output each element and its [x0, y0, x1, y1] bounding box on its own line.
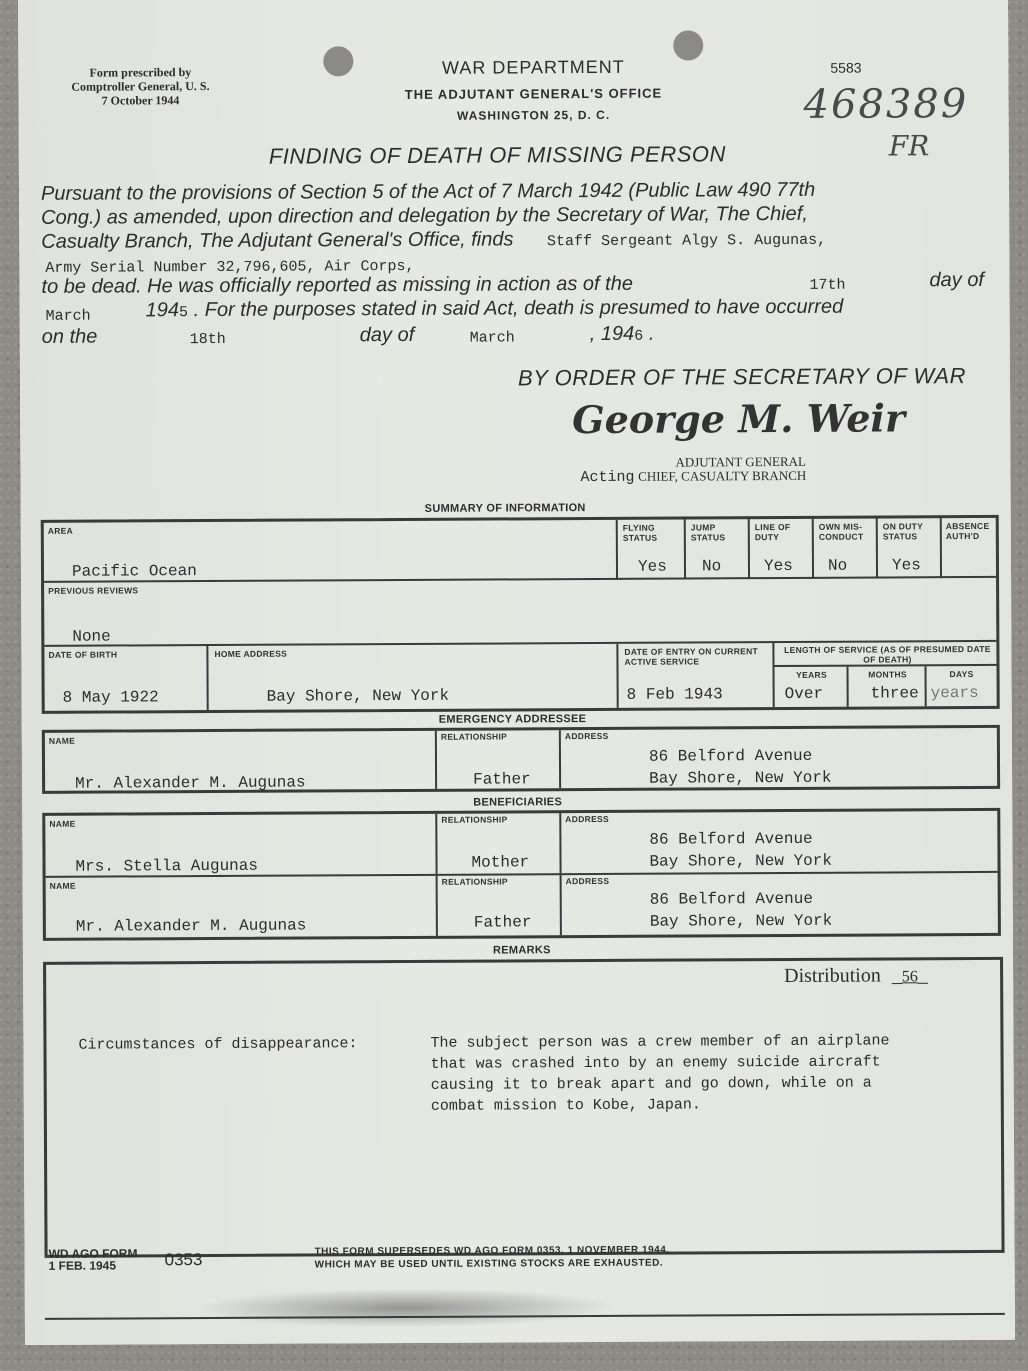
months-cell: MONTHS three: [849, 666, 927, 706]
beneficiary-address-line-2: Bay Shore, New York: [650, 912, 833, 931]
years-label: YEARS: [775, 670, 849, 680]
death-year-digit: 6: [634, 328, 643, 345]
circumstances-line: combat mission to Kobe, Japan.: [431, 1096, 701, 1114]
body-line-3: Casualty Branch, The Adjutant General's …: [41, 226, 1001, 254]
prescribed-line-3: 7 October 1944: [40, 93, 240, 108]
jump-status-value: No: [702, 557, 721, 575]
misconduct-label: OWN MIS-CONDUCT: [819, 522, 874, 542]
flying-status-cell: FLYING STATUS Yes: [618, 520, 686, 580]
entry-date-label: DATE OF ENTRY ON CURRENT ACTIVE SERVICE: [624, 646, 774, 667]
emergency-box: NAME Mr. Alexander M. Augunas RELATIONSH…: [42, 725, 1000, 794]
document-number: 5583: [830, 60, 861, 76]
distribution-value: 56: [902, 968, 918, 985]
years-value: Over: [785, 685, 824, 703]
on-duty-status-value: Yes: [892, 556, 921, 574]
body-line-6-text: . For the purposes stated in said Act, d…: [194, 296, 844, 321]
days-value: years: [931, 684, 979, 702]
acting-word: Acting: [580, 469, 634, 486]
beneficiary-relationship-label: RELATIONSHIP: [442, 876, 508, 886]
emergency-address-cell: ADDRESS 86 Belford Avenue Bay Shore, New…: [561, 728, 997, 788]
length-of-service-label: LENGTH OF SERVICE (AS OF PRESUMED DATE O…: [782, 644, 992, 665]
dob-label: DATE OF BIRTH: [48, 649, 117, 659]
death-year: , 1946 .: [590, 323, 655, 346]
form-id-line-2: 1 FEB. 1945: [49, 1259, 138, 1271]
entry-date-value: 8 Feb 1943: [627, 685, 723, 704]
home-address-value: Bay Shore, New York: [267, 687, 450, 706]
beneficiary-row: NAME Mr. Alexander M. Augunas RELATIONSH…: [46, 873, 998, 938]
absence-authd-cell: ABSENCE AUTH'D: [942, 518, 996, 578]
day-of-label: day of: [929, 269, 984, 292]
emergency-address-line-1: 86 Belford Avenue: [649, 747, 812, 766]
jump-status-cell: JUMP STATUS No: [686, 519, 750, 579]
beneficiary-relationship-cell: RELATIONSHIP Father: [438, 875, 562, 936]
emergency-title: EMERGENCY ADDRESSEE: [439, 713, 587, 726]
on-duty-status-cell: ON DUTY STATUS Yes: [878, 518, 942, 578]
emergency-relationship-cell: RELATIONSHIP Father: [437, 730, 561, 789]
emergency-relationship-label: RELATIONSHIP: [441, 731, 507, 741]
missing-year-digit: 5: [179, 304, 188, 321]
beneficiary-address-cell: ADDRESS 86 Belford Avenue Bay Shore, New…: [562, 873, 998, 935]
person-name: Staff Sergeant Algy S. Augunas,: [547, 232, 826, 250]
emergency-name-cell: NAME Mr. Alexander M. Augunas: [45, 731, 437, 791]
emergency-name-value: Mr. Alexander M. Augunas: [75, 774, 306, 793]
circumstances-line: The subject person was a crew member of …: [430, 1032, 889, 1051]
beneficiary-name-value: Mr. Alexander M. Augunas: [76, 917, 307, 936]
office-address: WASHINGTON 25, D. C.: [349, 107, 719, 123]
circumstances-line: that was crashed into by an enemy suicid…: [431, 1053, 881, 1072]
length-of-service-header: LENGTH OF SERVICE (AS OF PRESUMED DATE O…: [774, 642, 996, 667]
handwritten-initials: FR: [889, 129, 930, 162]
beneficiary-name-label: NAME: [50, 881, 76, 891]
office-heading: THE ADJUTANT GENERAL'S OFFICE: [348, 85, 718, 102]
body-line-5: to be dead. He was officially reported a…: [41, 271, 1001, 299]
summary-box: AREA Pacific Ocean FLYING STATUS Yes JUM…: [41, 515, 1000, 714]
death-day: 18th: [190, 331, 226, 348]
dob-cell: DATE OF BIRTH 8 May 1922: [44, 646, 208, 711]
misconduct-value: No: [828, 557, 847, 575]
previous-reviews-cell: PREVIOUS REVIEWS None: [44, 578, 996, 647]
line-of-duty-label: LINE OF DUTY: [755, 522, 805, 542]
line-of-duty-cell: LINE OF DUTY Yes: [750, 519, 814, 579]
remarks-box: Distribution _56_ Circumstances of disap…: [43, 957, 1005, 1258]
beneficiary-name-cell: NAME Mr. Alexander M. Augunas: [46, 876, 438, 938]
missing-month: March: [46, 308, 91, 325]
beneficiary-name-value: Mrs. Stella Augunas: [75, 857, 258, 876]
beneficiary-name-cell: NAME Mrs. Stella Augunas: [45, 814, 437, 876]
area-label: AREA: [48, 526, 73, 536]
flying-status-value: Yes: [638, 558, 667, 576]
home-address-cell: HOME ADDRESS Bay Shore, New York: [208, 644, 618, 710]
months-value: three: [871, 684, 919, 702]
beneficiary-name-label: NAME: [49, 819, 75, 829]
beneficiary-relationship-value: Father: [474, 913, 532, 931]
beneficiary-address-label: ADDRESS: [566, 876, 610, 886]
emergency-address-label: ADDRESS: [565, 731, 609, 741]
circumstances-label: Circumstances of disappearance:: [78, 1035, 357, 1053]
death-day-of-label: day of: [360, 324, 415, 347]
signature: George M. Weir: [572, 395, 905, 442]
beneficiary-address-cell: ADDRESS 86 Belford Avenue Bay Shore, New…: [561, 811, 997, 873]
emergency-address-line-2: Bay Shore, New York: [649, 769, 832, 788]
death-year-prefix: , 194: [590, 323, 635, 345]
beneficiary-address-line-2: Bay Shore, New York: [649, 852, 832, 871]
beneficiary-relationship-cell: RELATIONSHIP Mother: [437, 813, 561, 874]
area-cell: AREA Pacific Ocean: [44, 520, 618, 583]
circumstances-line: causing it to break apart and go down, w…: [431, 1075, 872, 1094]
document-title: FINDING OF DEATH OF MISSING PERSON: [269, 141, 726, 169]
on-duty-status-label: ON DUTY STATUS: [883, 521, 933, 541]
days-label: DAYS: [927, 669, 997, 679]
distribution: Distribution _56_: [784, 964, 928, 988]
home-address-label: HOME ADDRESS: [214, 649, 287, 659]
absence-authd-label: ABSENCE AUTH'D: [946, 521, 996, 541]
beneficiary-address-label: ADDRESS: [565, 814, 609, 824]
form-id: WD AGO FORM 1 FEB. 1945: [49, 1247, 138, 1271]
beneficiaries-title: BENEFICIARIES: [473, 796, 562, 808]
previous-reviews-label: PREVIOUS REVIEWS: [48, 585, 138, 595]
body-line-3-text: Casualty Branch, The Adjutant General's …: [41, 228, 513, 252]
department-heading: WAR DEPARTMENT: [348, 56, 718, 79]
misconduct-cell: OWN MIS-CONDUCT No: [814, 519, 878, 579]
days-cell: DAYS years: [927, 666, 997, 706]
beneficiary-relationship-value: Mother: [471, 853, 529, 871]
emergency-relationship-value: Father: [473, 770, 531, 788]
period: .: [649, 323, 655, 345]
on-the-label: on the: [42, 326, 98, 349]
flying-status-label: FLYING STATUS: [623, 523, 683, 543]
chief-title: CHIEF, CASUALTY BRANCH: [638, 468, 806, 484]
body-line-6: 1945 . For the purposes stated in said A…: [146, 296, 844, 323]
beneficiary-relationship-label: RELATIONSHIP: [441, 814, 507, 824]
missing-year-prefix: 194: [146, 299, 179, 321]
summary-title: SUMMARY OF INFORMATION: [425, 502, 586, 515]
beneficiaries-box: NAME Mrs. Stella Augunas RELATIONSHIP Mo…: [42, 808, 1001, 941]
form-prescribed-note: Form prescribed by Comptroller General, …: [40, 65, 240, 108]
remarks-title: REMARKS: [493, 944, 551, 956]
beneficiary-address-line-1: 86 Belford Avenue: [650, 890, 813, 909]
beneficiary-address-line-1: 86 Belford Avenue: [649, 830, 812, 849]
distribution-label: Distribution: [784, 964, 881, 987]
body-line-5-text: to be dead. He was officially reported a…: [41, 273, 633, 298]
acting-title: Acting CHIEF, CASUALTY BRANCH: [580, 468, 806, 486]
previous-reviews-value: None: [72, 628, 110, 646]
emergency-name-label: NAME: [49, 736, 75, 746]
print-smudge: [195, 1287, 615, 1329]
area-value: Pacific Ocean: [72, 562, 197, 581]
form-number: 0353: [165, 1250, 203, 1270]
missing-day: 17th: [809, 277, 845, 294]
supersedes-line-2: WHICH MAY BE USED UNTIL EXISTING STOCKS …: [315, 1257, 670, 1272]
line-of-duty-value: Yes: [764, 557, 793, 575]
dob-value: 8 May 1922: [63, 688, 159, 707]
death-month: March: [470, 329, 515, 346]
prescribed-line-2: Comptroller General, U. S.: [40, 79, 240, 94]
supersedes-note: THIS FORM SUPERSEDES WD AGO FORM 0353, 1…: [315, 1244, 670, 1272]
handwritten-number: 468389: [803, 81, 968, 128]
entry-date-cell: DATE OF ENTRY ON CURRENT ACTIVE SERVICE …: [618, 643, 774, 708]
order-line: BY ORDER OF THE SECRETARY OF WAR: [518, 363, 966, 391]
months-label: MONTHS: [849, 669, 927, 679]
jump-status-label: JUMP STATUS: [691, 522, 741, 542]
beneficiary-row: NAME Mrs. Stella Augunas RELATIONSHIP Mo…: [45, 811, 997, 878]
prescribed-line-1: Form prescribed by: [40, 65, 240, 80]
years-cell: YEARS Over: [775, 667, 849, 707]
document-page: Form prescribed by Comptroller General, …: [18, 0, 1015, 1345]
